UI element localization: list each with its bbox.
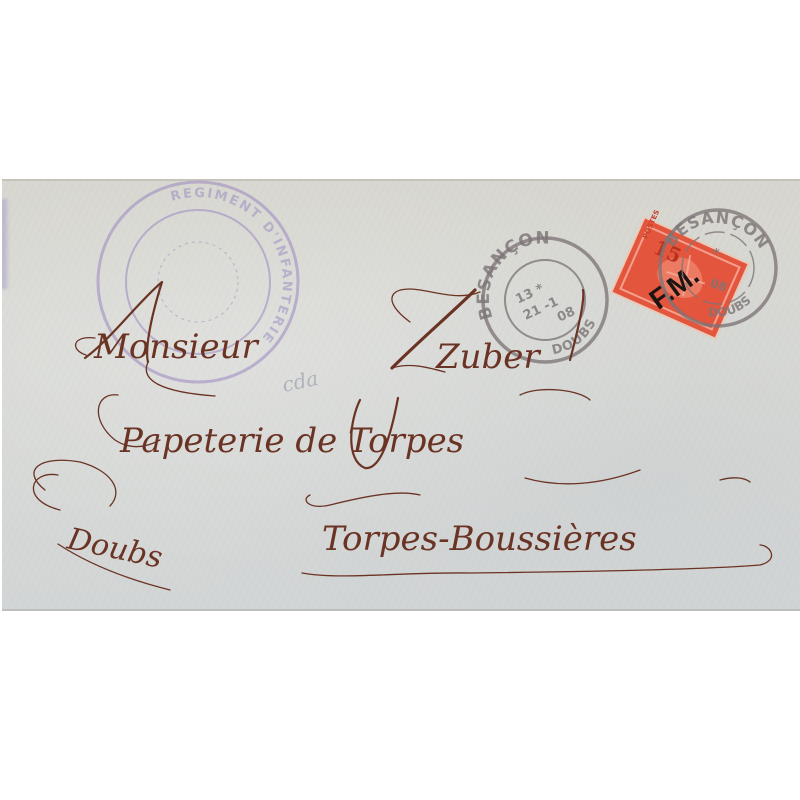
recipient-name: Zuber — [435, 337, 541, 377]
address-line-2: Papeterie de Torpes — [33, 390, 640, 510]
address-line3-text: Torpes-Boussières — [322, 519, 637, 559]
address-line-3: Torpes-Boussières — [302, 478, 772, 576]
svg-text:BESANÇON: BESANÇON — [661, 208, 774, 253]
postmark-right-town: BESANÇON — [661, 208, 774, 253]
salutation-text: Monsieur — [93, 327, 260, 367]
department-text: Doubs — [63, 521, 165, 575]
scan-canvas: REGIMENT D'INFANTERIE BESANÇON DOUBS 13 … — [0, 0, 800, 800]
address-salutation: Monsieur — [76, 282, 260, 396]
address-department: Doubs — [34, 460, 170, 590]
address-line2-text: Papeterie de Torpes — [119, 421, 464, 461]
postmark-right-time: * — [713, 247, 720, 262]
envelope-markings: REGIMENT D'INFANTERIE BESANÇON DOUBS 13 … — [0, 0, 800, 800]
pencil-note: cda — [280, 366, 320, 397]
